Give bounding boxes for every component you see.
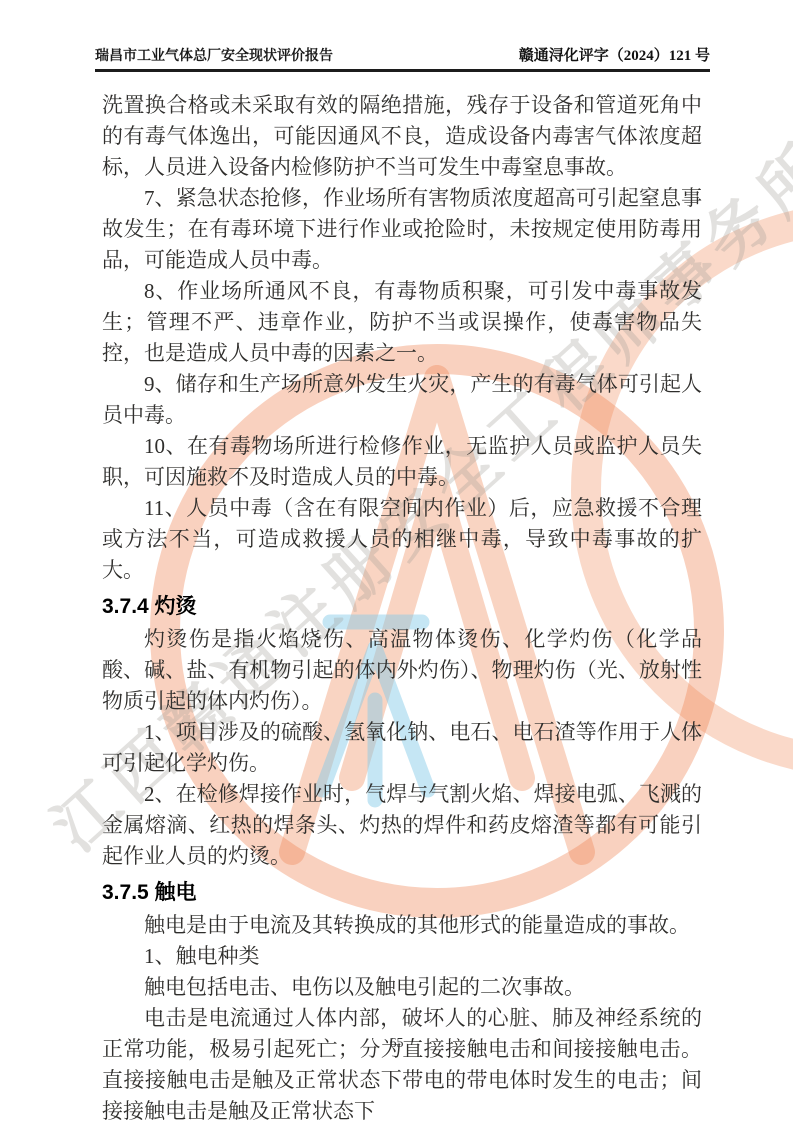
body-paragraph: 7、紧急状态抢修，作业场所有害物质浓度超高可引起窒息事故发生；在有毒环境下进行作… (102, 183, 702, 276)
header-doc-number: 赣通浔化评字（2024）121 号 (519, 44, 710, 65)
page-number: 65 (390, 1036, 404, 1051)
body-paragraph: 灼烫伤是指火焰烧伤、高温物体烫伤、化学灼伤（化学品酸、碱、盐、有机物引起的体内外… (102, 624, 702, 717)
body-paragraph: 9、储存和生产场所意外发生火灾，产生的有毒气体可引起人员中毒。 (102, 369, 702, 431)
report-page: 江西赣通注册安全工程师事务所有限公司 瑞昌市工业气体总厂安全现状评价报告 赣通浔… (0, 0, 793, 1122)
body-paragraph: 11、人员中毒（含在有限空间内作业）后，应急救援不合理或方法不当，可造成救援人员… (102, 493, 702, 586)
body-paragraph: 10、在有毒物场所进行检修作业，无监护人员或监护人员失职，可因施救不及时造成人员… (102, 431, 702, 493)
document-body: 洗置换合格或未采取有效的隔绝措施，残存于设备和管道死角中的有毒气体逸出，可能因通… (102, 90, 702, 1122)
body-paragraph: 电击是电流通过人体内部，破坏人的心脏、肺及神经系统的正常功能，极易引起死亡；分为… (102, 1003, 702, 1122)
page-header: 瑞昌市工业气体总厂安全现状评价报告 赣通浔化评字（2024）121 号 (95, 44, 710, 72)
body-paragraph: 8、作业场所通风不良，有毒物质积聚，可引发中毒事故发生；管理不严、违章作业，防护… (102, 276, 702, 369)
body-paragraph: 洗置换合格或未采取有效的隔绝措施，残存于设备和管道死角中的有毒气体逸出，可能因通… (102, 90, 702, 183)
body-paragraph: 触电包括电击、电伤以及触电引起的二次事故。 (102, 972, 702, 1003)
header-report-title: 瑞昌市工业气体总厂安全现状评价报告 (95, 45, 333, 65)
body-paragraph: 1、项目涉及的硫酸、氢氧化钠、电石、电石渣等作用于人体可引起化学灼伤。 (102, 717, 702, 779)
section-heading: 3.7.5 触电 (102, 877, 702, 908)
body-paragraph: 触电是由于电流及其转换成的其他形式的能量造成的事故。 (102, 910, 702, 941)
body-paragraph: 1、触电种类 (102, 941, 702, 972)
body-paragraph: 2、在检修焊接作业时，气焊与气割火焰、焊接电弧、飞溅的金属熔滴、红热的焊条头、灼… (102, 779, 702, 872)
section-heading: 3.7.4 灼烫 (102, 591, 702, 622)
